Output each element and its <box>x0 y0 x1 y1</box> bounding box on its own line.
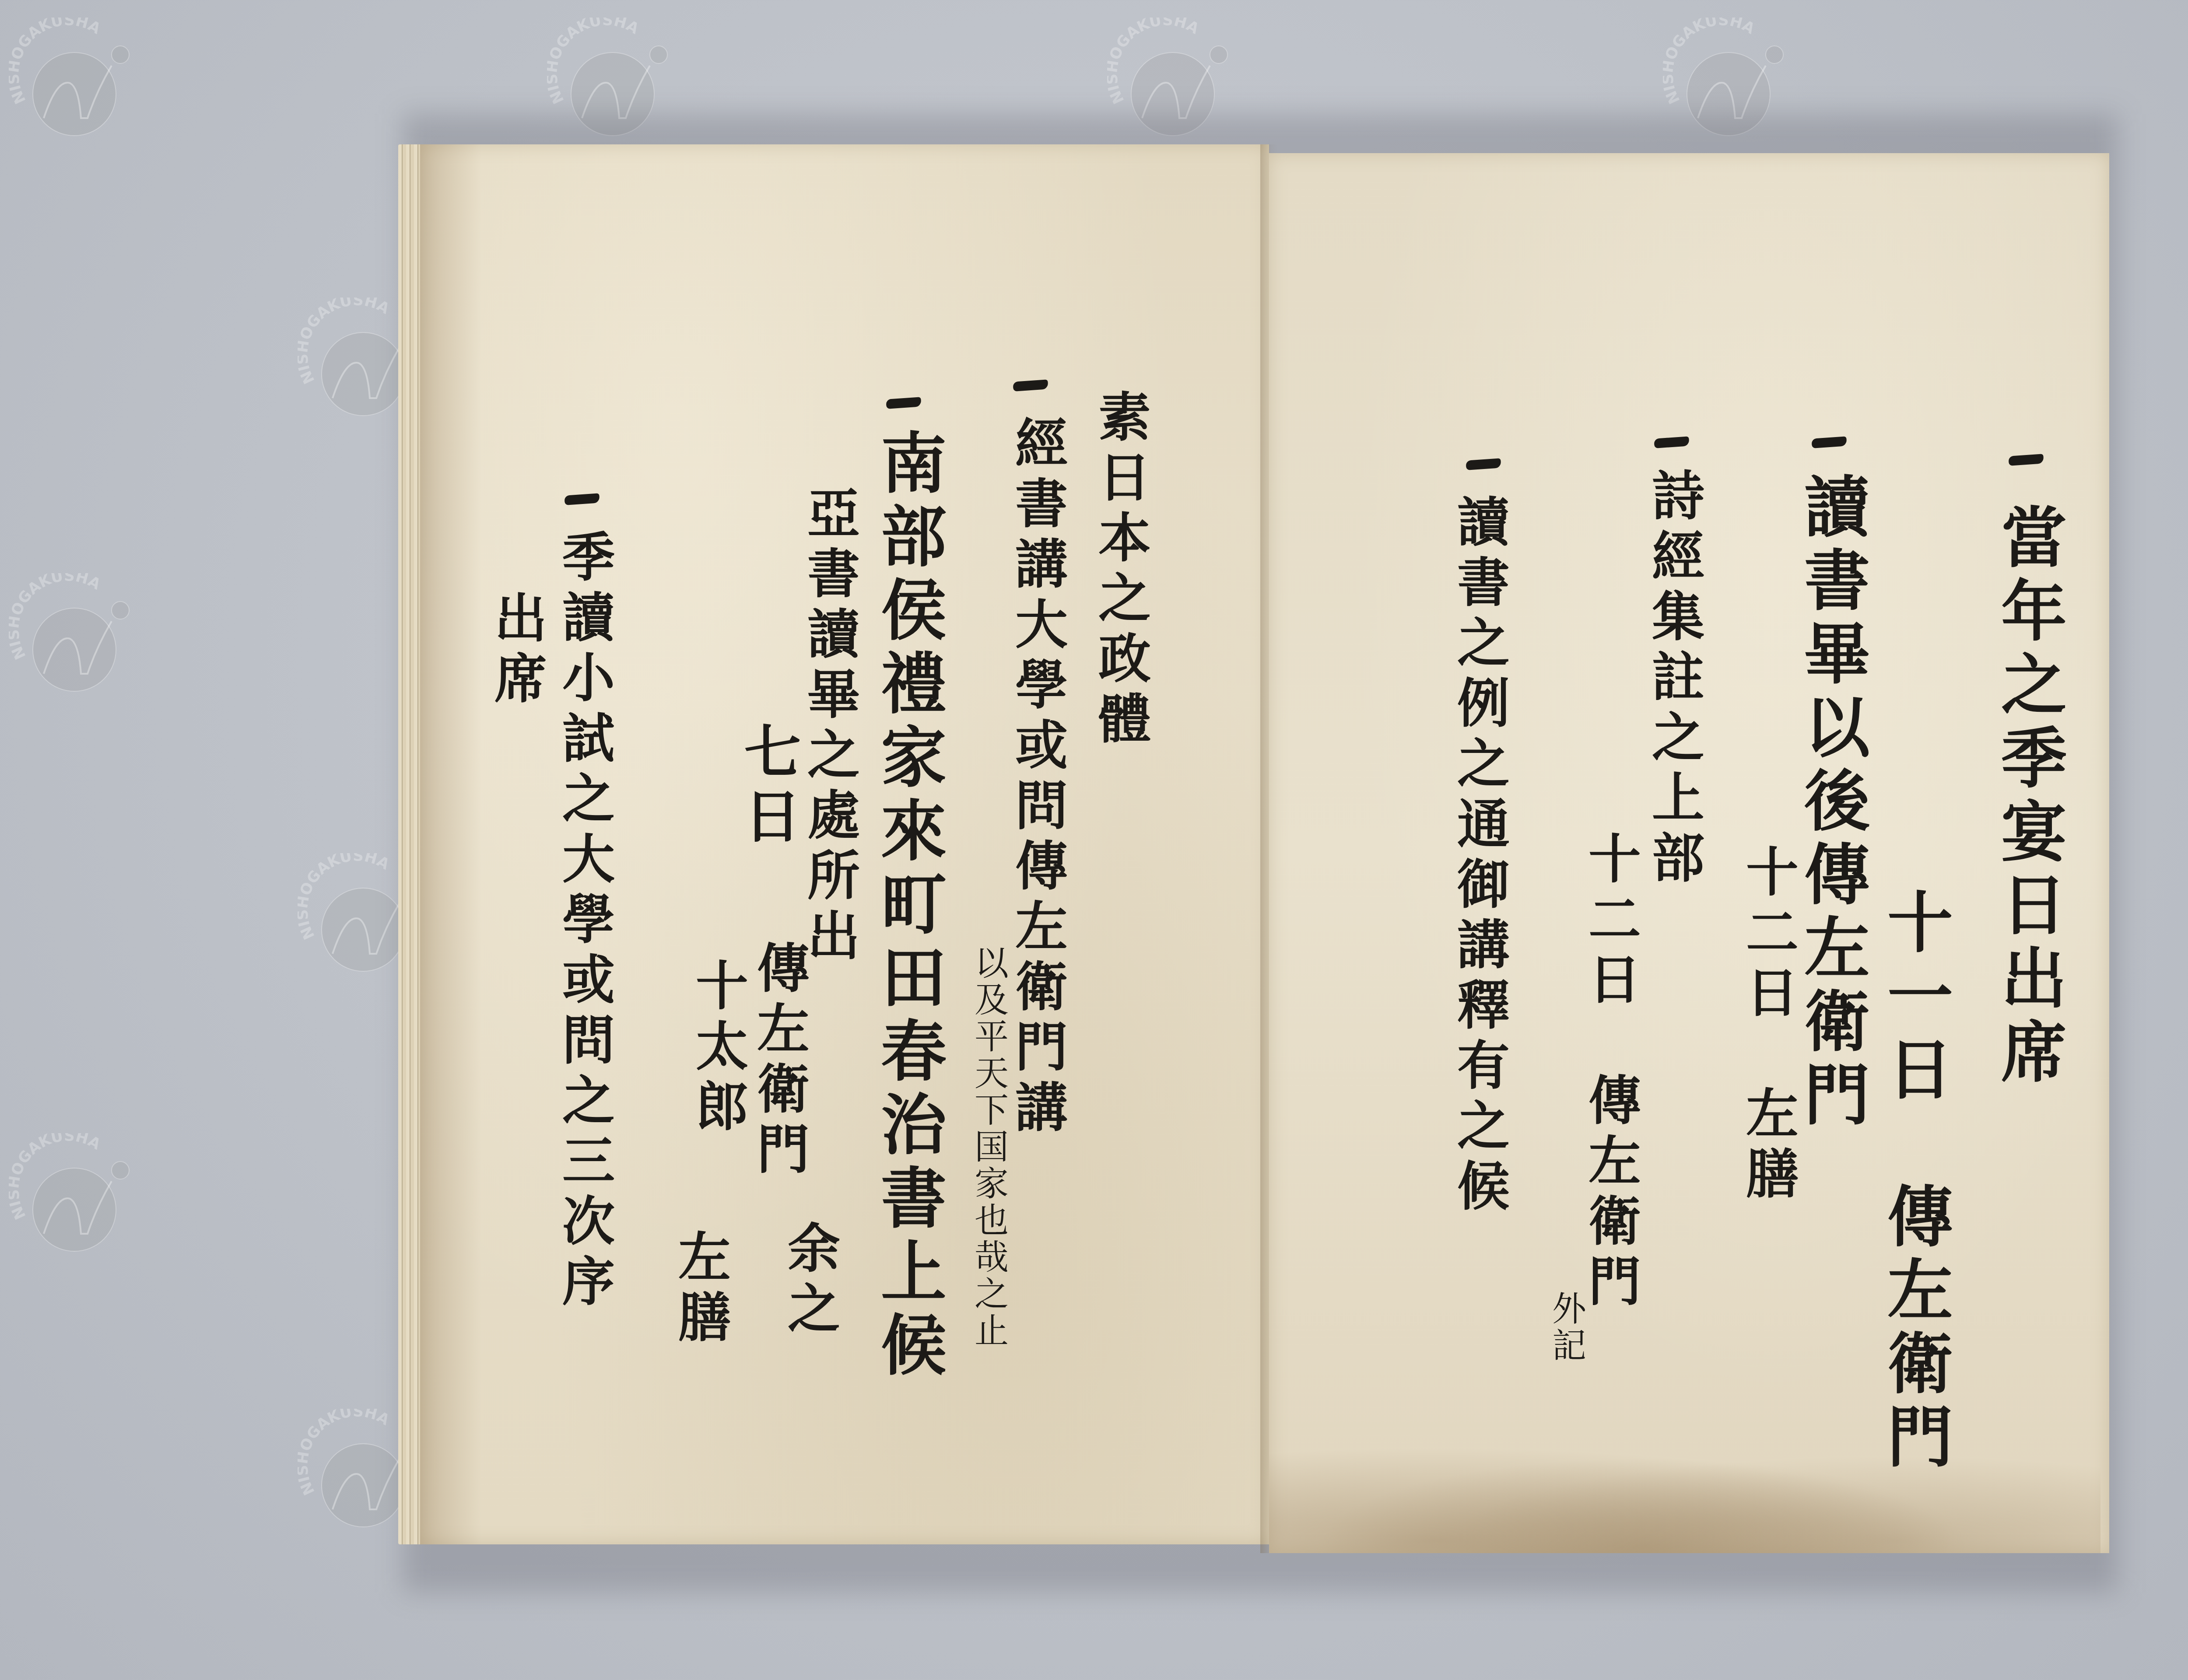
date-entry: 十二日 傳左衛門 <box>1584 831 1637 1314</box>
text-column: 亞書讀畢之處所出 <box>803 486 856 969</box>
text-column: 詩經集註之上部 <box>1648 468 1700 891</box>
text-column: 讀書畢以後傳左衛門 <box>1799 472 1864 1134</box>
scene: NISHOGAKUSHANISHOGAKUSHANISHOGAKUSHANISH… <box>0 0 2188 1680</box>
right-page: 當年之季宴日出席 十一日 傳左衛門 讀書畢以後傳左衛門 十二日 左膳 詩經集註之… <box>1269 153 2109 1553</box>
nishogakusha-logo-icon: NISHOGAKUSHA <box>9 573 140 704</box>
text-column: 出席 <box>490 591 543 711</box>
name-label: 余之 <box>783 1221 836 1341</box>
item-marker <box>1654 436 1689 448</box>
nishogakusha-logo-icon: NISHOGAKUSHA <box>9 1133 140 1264</box>
water-stain <box>1269 1422 2100 1553</box>
svg-text:NISHOGAKUSHA: NISHOGAKUSHA <box>298 1409 393 1498</box>
item-marker <box>1811 436 1847 448</box>
date-label: 七日 <box>740 722 796 851</box>
annotation-column: 以及平天下国家也哉之止 <box>971 945 1006 1349</box>
text-column: 當年之季宴日出席 <box>1995 503 2061 1091</box>
text-column: 經書講大學或問傳左衛門講 <box>1011 416 1063 1140</box>
text-column: 南部侯禮家來町田春治書上候 <box>875 429 941 1384</box>
svg-text:NISHOGAKUSHA: NISHOGAKUSHA <box>9 573 104 662</box>
name-label: 十太郎 <box>691 958 744 1139</box>
item-marker <box>1466 458 1501 470</box>
item-marker <box>1013 379 1048 392</box>
svg-text:NISHOGAKUSHA: NISHOGAKUSHA <box>9 17 104 107</box>
edge-stain <box>420 144 481 1544</box>
name-label: 外記 <box>1549 1291 1583 1364</box>
svg-text:NISHOGAKUSHA: NISHOGAKUSHA <box>298 853 393 942</box>
name-label: 傳左衛門 <box>753 941 805 1182</box>
open-book: 素日本之政體 經書講大學或問傳左衛門講 以及平天下国家也哉之止 南部侯禮家來町田… <box>385 87 2118 1592</box>
text-column: 季讀小試之大學或問之三次序 <box>558 529 610 1314</box>
left-page: 素日本之政體 經書講大學或問傳左衛門講 以及平天下国家也哉之止 南部侯禮家來町田… <box>420 144 1269 1544</box>
item-marker <box>886 397 921 409</box>
svg-text:NISHOGAKUSHA: NISHOGAKUSHA <box>9 1133 104 1222</box>
date-entry: 十二日 左膳 <box>1742 844 1794 1207</box>
svg-text:NISHOGAKUSHA: NISHOGAKUSHA <box>298 297 393 387</box>
text-column: 素日本之政體 <box>1094 389 1147 752</box>
nishogakusha-logo-icon: NISHOGAKUSHA <box>9 17 140 149</box>
name-label: 左膳 <box>674 1229 726 1350</box>
date-entry: 十一日 傳左衛門 <box>1882 888 1947 1476</box>
item-marker <box>2008 454 2044 466</box>
item-marker <box>564 493 600 505</box>
text-column: 讀書之例之通御講釋有之候 <box>1453 494 1505 1219</box>
